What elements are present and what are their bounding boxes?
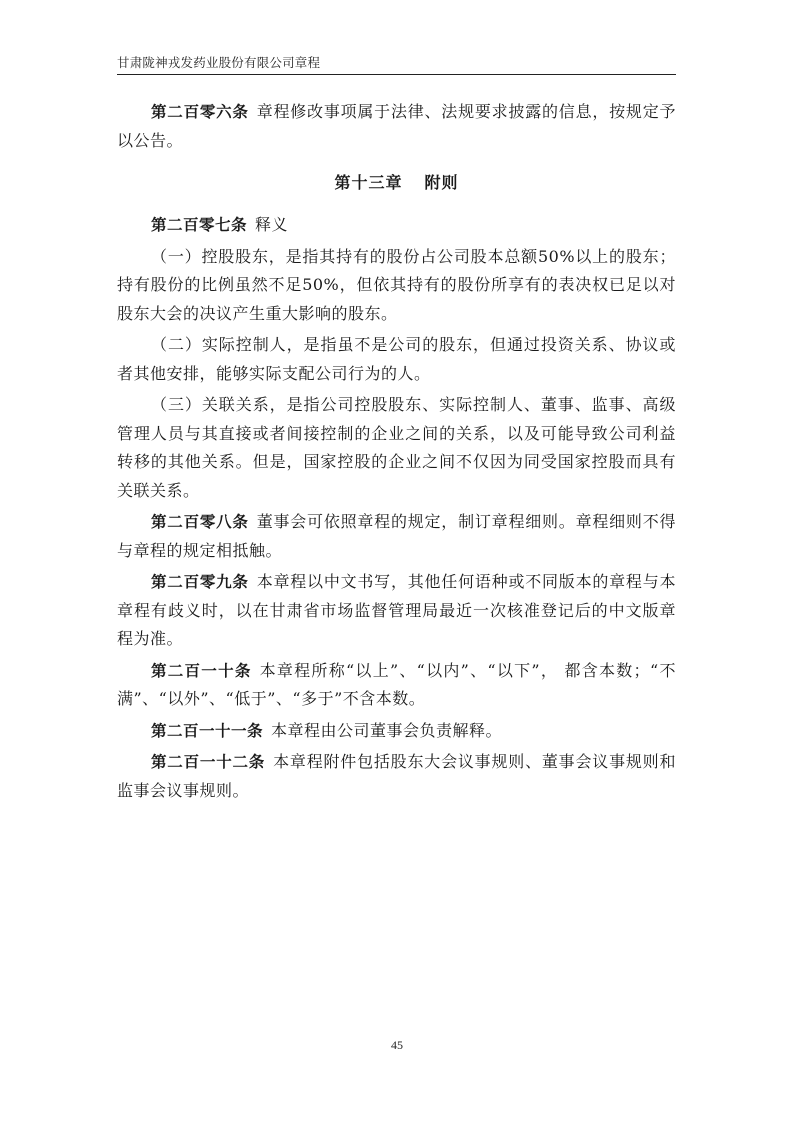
- definition-item: （三）关联关系，是指公司控股股东、实际控制人、董事、监事、高级管理人员与其直接或…: [117, 391, 676, 505]
- article-212: 第二百一十二条本章程附件包括股东大会议事规则、董事会议事规则和监事会议事规则。: [117, 748, 676, 805]
- page-number: 45: [0, 1038, 794, 1053]
- chapter-heading: 第十三章附则: [117, 169, 676, 197]
- page-body: 第二百零六条章程修改事项属于法律、法规要求披露的信息，按规定予以公告。 第十三章…: [117, 98, 676, 805]
- article-number: 第二百零六条: [151, 103, 249, 121]
- article-207: 第二百零七条释义: [117, 211, 676, 240]
- chapter-number: 第十三章: [334, 173, 402, 192]
- chapter-title: 附则: [425, 173, 459, 192]
- article-number: 第二百一十条: [151, 662, 252, 680]
- article-text: 释义: [255, 215, 288, 234]
- article-206: 第二百零六条章程修改事项属于法律、法规要求披露的信息，按规定予以公告。: [117, 98, 676, 155]
- article-210: 第二百一十条本章程所称“以上”、“以内”、“以下”， 都含本数；“不满”、“以外…: [117, 657, 676, 714]
- article-number: 第二百零八条: [151, 513, 249, 531]
- article-208: 第二百零八条董事会可依照章程的规定，制订章程细则。章程细则不得与章程的规定相抵触…: [117, 508, 676, 565]
- article-number: 第二百零七条: [151, 216, 247, 234]
- definition-item: （二）实际控制人，是指虽不是公司的股东，但通过投资关系、协议或者其他安排，能够实…: [117, 331, 676, 388]
- article-number: 第二百一十一条: [151, 722, 263, 740]
- article-text: 本章程由公司董事会负责解释。: [271, 721, 502, 740]
- article-number: 第二百一十二条: [151, 753, 265, 771]
- document-title: 甘肃陇神戎发药业股份有限公司章程: [117, 55, 320, 70]
- article-211: 第二百一十一条本章程由公司董事会负责解释。: [117, 717, 676, 746]
- article-209: 第二百零九条本章程以中文书写，其他任何语种或不同版本的章程与本章程有歧义时，以在…: [117, 568, 676, 654]
- definition-item: （一）控股股东，是指其持有的股份占公司股本总额50%以上的股东；持有股份的比例虽…: [117, 243, 676, 329]
- page-header: 甘肃陇神戎发药业股份有限公司章程: [117, 52, 676, 75]
- article-number: 第二百零九条: [151, 573, 249, 591]
